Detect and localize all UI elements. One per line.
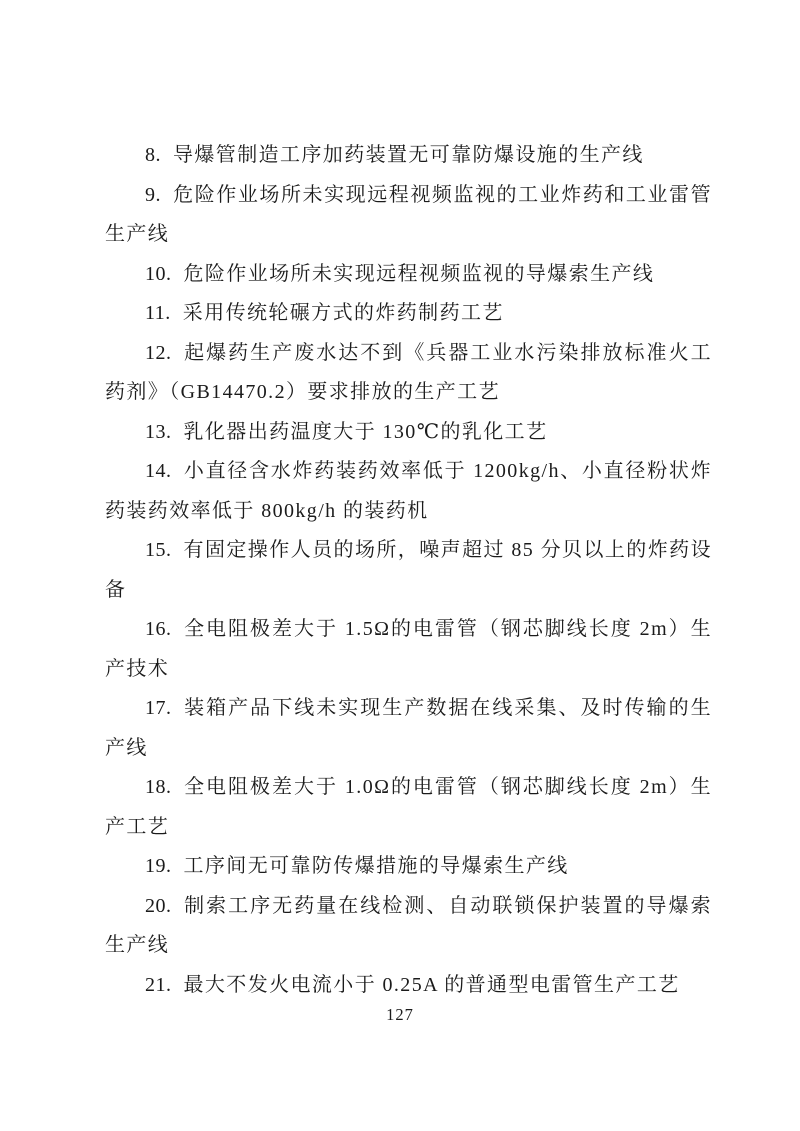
item-number: 14. xyxy=(145,460,172,482)
page-number: 127 xyxy=(0,1003,800,1027)
item-number: 20. xyxy=(145,895,172,917)
list-item-12: 12.起爆药生产废水达不到《兵器工业水污染排放标准火工药剂》（GB14470.2… xyxy=(105,334,712,413)
item-number: 15. xyxy=(145,539,172,561)
item-number: 19. xyxy=(145,855,172,877)
list-item-20: 20.制索工序无药量在线检测、自动联锁保护装置的导爆索生产线 xyxy=(105,887,712,966)
list-item-8: 8.导爆管制造工序加药装置无可靠防爆设施的生产线 xyxy=(105,136,712,176)
item-text: 危险作业场所未实现远程视频监视的工业炸药和工业雷管生产线 xyxy=(105,184,712,246)
list-item-15: 15.有固定操作人员的场所，噪声超过 85 分贝以上的炸药设备 xyxy=(105,531,712,610)
item-text: 乳化器出药温度大于 130℃的乳化工艺 xyxy=(184,421,548,443)
item-text: 采用传统轮碾方式的炸药制药工艺 xyxy=(183,302,504,324)
item-text: 有固定操作人员的场所，噪声超过 85 分贝以上的炸药设备 xyxy=(105,539,712,601)
item-number: 16. xyxy=(145,618,172,640)
item-text: 导爆管制造工序加药装置无可靠防爆设施的生产线 xyxy=(173,144,644,166)
item-number: 10. xyxy=(145,263,172,285)
item-text: 全电阻极差大于 1.5Ω的电雷管（钢芯脚线长度 2m）生产技术 xyxy=(105,618,712,680)
list-item-21: 21.最大不发火电流小于 0.25A 的普通型电雷管生产工艺 xyxy=(105,966,712,1006)
list-item-9: 9.危险作业场所未实现远程视频监视的工业炸药和工业雷管生产线 xyxy=(105,176,712,255)
list-item-16: 16.全电阻极差大于 1.5Ω的电雷管（钢芯脚线长度 2m）生产技术 xyxy=(105,610,712,689)
list-item-13: 13.乳化器出药温度大于 130℃的乳化工艺 xyxy=(105,413,712,453)
item-number: 8. xyxy=(145,144,161,166)
item-number: 12. xyxy=(145,342,172,364)
item-text: 小直径含水炸药装药效率低于 1200kg/h、小直径粉状炸药装药效率低于 800… xyxy=(105,460,712,522)
item-number: 11. xyxy=(145,302,171,324)
item-text: 全电阻极差大于 1.0Ω的电雷管（钢芯脚线长度 2m）生产工艺 xyxy=(105,776,712,838)
item-number: 17. xyxy=(145,697,172,719)
item-text: 起爆药生产废水达不到《兵器工业水污染排放标准火工药剂》（GB14470.2）要求… xyxy=(105,342,712,404)
item-number: 13. xyxy=(145,421,172,443)
list-item-11: 11.采用传统轮碾方式的炸药制药工艺 xyxy=(105,294,712,334)
item-text: 工序间无可靠防传爆措施的导爆索生产线 xyxy=(184,855,569,877)
item-text: 最大不发火电流小于 0.25A 的普通型电雷管生产工艺 xyxy=(184,974,680,996)
item-number: 18. xyxy=(145,776,172,798)
item-number: 9. xyxy=(145,184,161,206)
list-item-17: 17.装箱产品下线未实现生产数据在线采集、及时传输的生产线 xyxy=(105,689,712,768)
document-body: 8.导爆管制造工序加药装置无可靠防爆设施的生产线 9.危险作业场所未实现远程视频… xyxy=(105,136,712,1005)
list-item-14: 14.小直径含水炸药装药效率低于 1200kg/h、小直径粉状炸药装药效率低于 … xyxy=(105,452,712,531)
list-item-18: 18.全电阻极差大于 1.0Ω的电雷管（钢芯脚线长度 2m）生产工艺 xyxy=(105,768,712,847)
document-page: 8.导爆管制造工序加药装置无可靠防爆设施的生产线 9.危险作业场所未实现远程视频… xyxy=(0,0,800,1131)
list-item-19: 19.工序间无可靠防传爆措施的导爆索生产线 xyxy=(105,847,712,887)
list-item-10: 10.危险作业场所未实现远程视频监视的导爆索生产线 xyxy=(105,255,712,295)
item-number: 21. xyxy=(145,974,172,996)
item-text: 危险作业场所未实现远程视频监视的导爆索生产线 xyxy=(184,263,655,285)
item-text: 制索工序无药量在线检测、自动联锁保护装置的导爆索生产线 xyxy=(105,895,712,957)
item-text: 装箱产品下线未实现生产数据在线采集、及时传输的生产线 xyxy=(105,697,712,759)
